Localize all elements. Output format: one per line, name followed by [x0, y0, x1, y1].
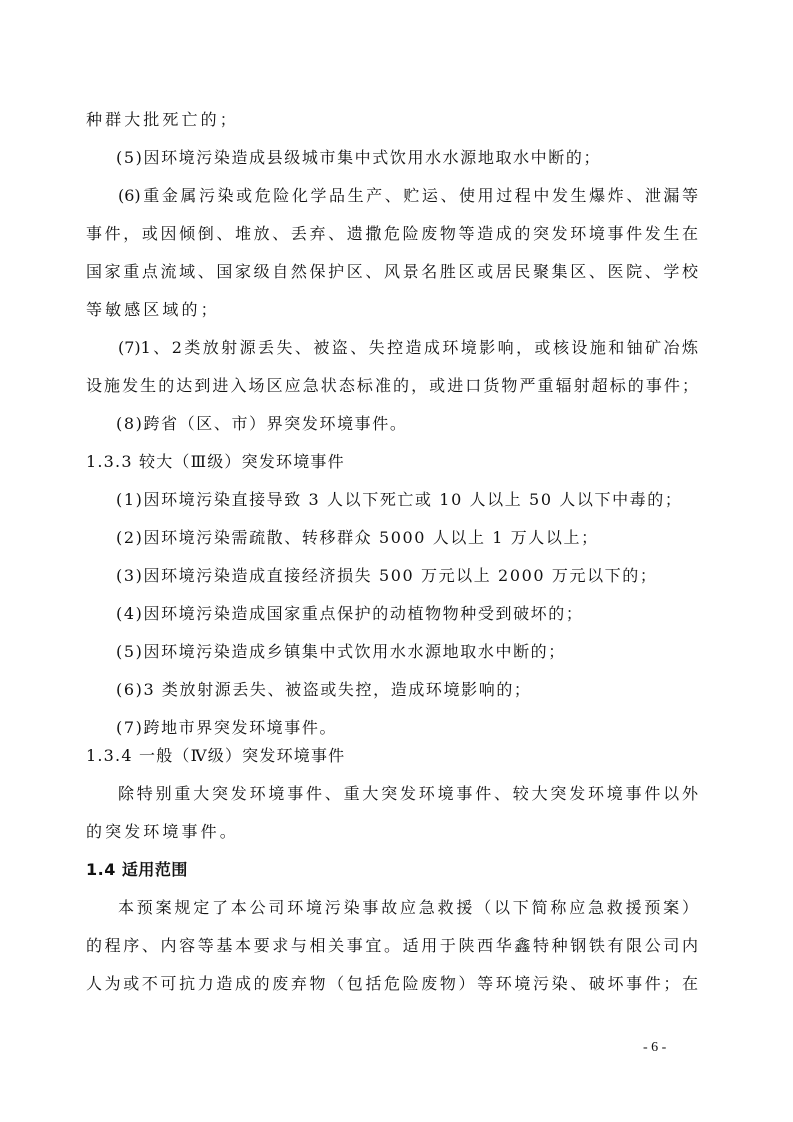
text-line: (2)因环境污染需疏散、转移群众 5000 人以上 1 万人以上；: [116, 528, 728, 548]
text-line: (7)跨地市界突发环境事件。: [116, 718, 728, 738]
text-line: (6)3 类放射源丢失、被盗或失控，造成环境影响的；: [116, 680, 728, 700]
text-line: (5)因环境污染造成乡镇集中式饮用水水源地取水中断的；: [116, 642, 728, 662]
text-line: 本预案规定了本公司环境污染事故应急救援（以下简称应急救援预案）: [118, 898, 698, 918]
text-line: (6)重金属污染或危险化学品生产、贮运、使用过程中发生爆炸、泄漏等: [118, 186, 698, 206]
text-line: 事件，或因倾倒、堆放、丢弃、遗撒危险废物等造成的突发环境事件发生在: [86, 224, 698, 244]
text-line: 设施发生的达到进入场区应急状态标准的，或进口货物严重辐射超标的事件；: [86, 376, 698, 396]
text-line: 1.3.3 较大（Ⅲ级）突发环境事件: [86, 452, 698, 472]
text-line: 种群大批死亡的；: [86, 110, 698, 130]
text-line: (4)因环境污染造成国家重点保护的动植物物种受到破坏的；: [116, 604, 728, 624]
text-line: (1)因环境污染直接导致 3 人以下死亡或 10 人以上 50 人以下中毒的；: [116, 490, 728, 510]
text-line: 国家重点流域、国家级自然保护区、风景名胜区或居民聚集区、医院、学校: [86, 262, 698, 282]
document-page: 种群大批死亡的；(5)因环境污染造成县级城市集中式饮用水水源地取水中断的；(6)…: [0, 0, 793, 1122]
text-line: 的突发环境事件。: [86, 822, 698, 842]
text-line: 人为或不可抗力造成的废弃物（包括危险废物）等环境污染、破坏事件；在: [86, 974, 698, 994]
text-line: (3)因环境污染造成直接经济损失 500 万元以上 2000 万元以下的；: [116, 566, 728, 586]
text-line: (5)因环境污染造成县级城市集中式饮用水水源地取水中断的；: [116, 148, 728, 168]
text-line: (8)跨省（区、市）界突发环境事件。: [116, 414, 728, 434]
text-line: 等敏感区域的；: [86, 300, 698, 320]
text-line: (7)1、2类放射源丢失、被盗、失控造成环境影响，或核设施和铀矿冶炼: [118, 338, 698, 358]
text-line: 1.3.4 一般（Ⅳ级）突发环境事件: [86, 746, 698, 766]
page-number: - 6 -: [643, 1040, 666, 1056]
text-line: 除特别重大突发环境事件、重大突发环境事件、较大突发环境事件以外: [118, 784, 698, 804]
text-line: 的程序、内容等基本要求与相关事宜。适用于陕西华鑫特种钢铁有限公司内: [86, 936, 698, 956]
text-line: 1.4 适用范围: [86, 860, 698, 880]
